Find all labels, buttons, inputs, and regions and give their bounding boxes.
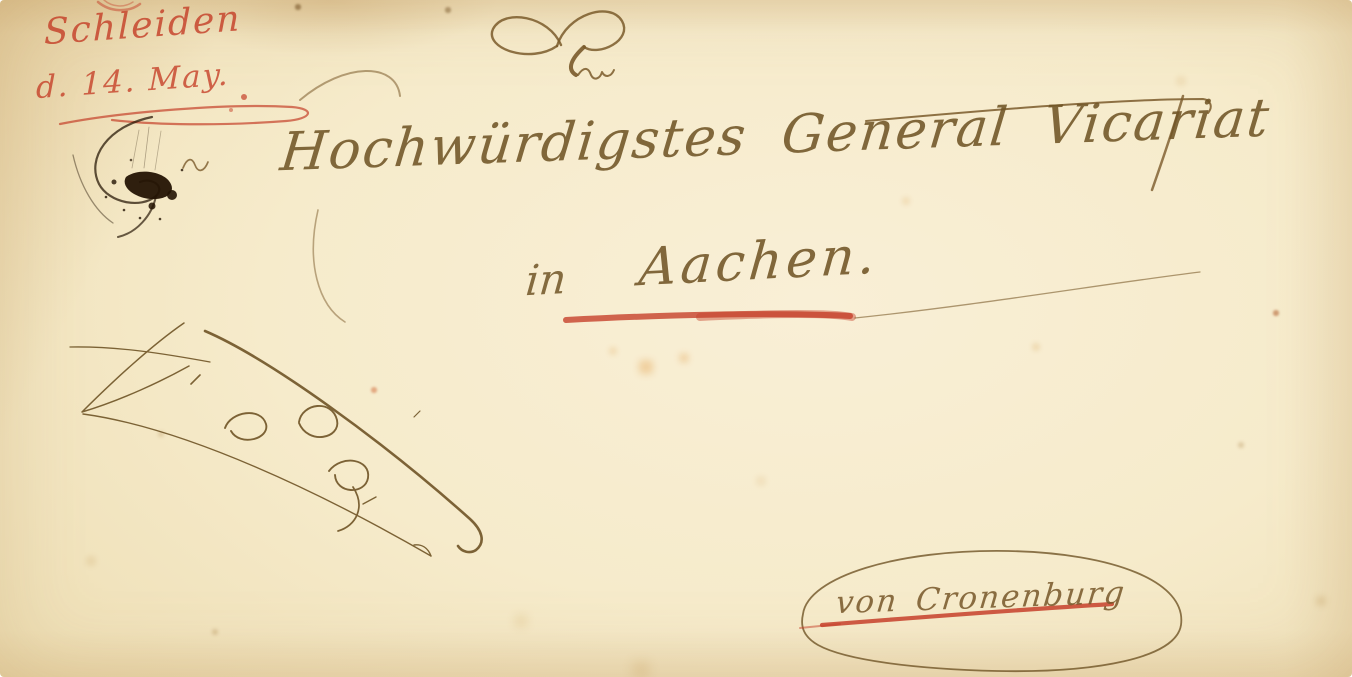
red-ink-dot: [229, 108, 233, 112]
paraph-loop-1: [225, 413, 266, 440]
ink-blot-blob: [167, 190, 177, 200]
ink-blot-hairline: [155, 131, 161, 170]
paraph-tick: [414, 411, 420, 417]
postmark-flourish-stroke: [60, 106, 308, 124]
paraph-flourish: [70, 323, 482, 556]
paraph-main-diagonal: [205, 331, 482, 552]
paraph-loop-3: [329, 461, 368, 490]
paraph-crossbar: [70, 347, 210, 362]
red-ink-dot: [241, 94, 247, 100]
paraph-lower-diagonal: [83, 414, 431, 556]
paraph-tick: [191, 375, 200, 384]
ink-blot-blob: [149, 203, 156, 210]
ink-squiggle: [183, 160, 208, 171]
ink-droplet: [105, 196, 108, 199]
letter-cover: Schleiden d. 14. May. Hochwürdigstes Gen…: [0, 0, 1352, 677]
initial-h-loop: [300, 71, 400, 100]
aachen-red-underline-thick-end: [700, 314, 852, 317]
paraph-loop-3-tail: [338, 487, 359, 531]
ink-blot-blob: [112, 180, 117, 185]
aachen-tail-stroke: [855, 272, 1200, 318]
ink-droplet: [181, 169, 184, 172]
initial-h-descender: [313, 210, 345, 322]
ink-droplet: [130, 159, 133, 162]
salutation-loop-right: [557, 11, 624, 49]
salutation-squiggle: [578, 69, 614, 79]
ink-blot-body: [125, 172, 172, 199]
ink-droplet: [139, 217, 142, 220]
address-city-prefix: in: [524, 254, 569, 305]
salutation-flourish: [492, 11, 624, 78]
salutation-loop-left: [492, 17, 561, 54]
paraph-point: [82, 323, 189, 412]
address-city: Aachen.: [637, 225, 882, 298]
paraph-loop-2: [299, 406, 337, 437]
paraph-tick: [363, 497, 376, 504]
ink-blot: [73, 117, 208, 237]
ink-droplet: [123, 209, 126, 212]
ink-blot-hairline: [132, 130, 139, 168]
ink-blot-hairline: [73, 155, 113, 223]
ink-droplet: [159, 218, 162, 221]
ink-blot-hairline: [144, 127, 149, 168]
